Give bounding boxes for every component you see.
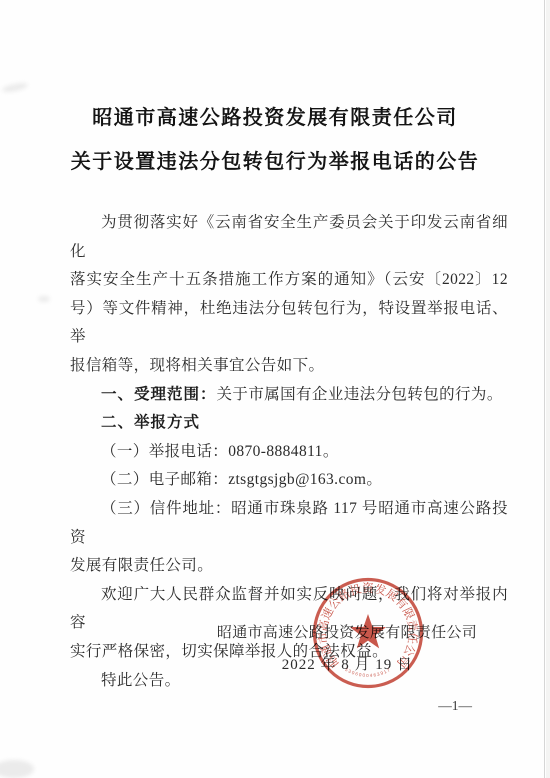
report-address-line-1: （三）信件地址：昭通市珠泉路 117 号昭通市高速公路投资: [70, 495, 508, 552]
intro-line-3: 号）等文件精神，杜绝违法分包转包行为，特设置举报电话、举: [70, 295, 508, 352]
scan-smudge: [38, 296, 50, 302]
section-1-text: 关于市属国有企业违法分包转包的行为。: [217, 386, 503, 403]
intro-line-4: 报信箱等，现将相关事宜公告如下。: [70, 352, 508, 381]
report-address-line-2: 发展有限责任公司。: [70, 552, 508, 581]
intro-line-1: 为贯彻落实好《云南省安全生产委员会关于印发云南省细化: [70, 209, 508, 266]
title-line-2: 关于设置违法分包转包行为举报电话的公告: [0, 140, 550, 184]
title-line-1: 昭通市高速公路投资发展有限责任公司: [0, 96, 550, 140]
section-2-heading: 二、举报方式: [70, 409, 508, 438]
scanned-document-page: 昭通市高速公路投资发展有限责任公司 关于设置违法分包转包行为举报电话的公告 为贯…: [0, 0, 550, 778]
report-phone-line: （一）举报电话：0870-8884811。: [70, 438, 508, 467]
scan-smudge: [0, 760, 34, 778]
signature-company: 昭通市高速公路投资发展有限责任公司: [217, 621, 477, 642]
section-1-line: 一、受理范围：关于市属国有企业违法分包转包的行为。: [70, 381, 508, 410]
document-title: 昭通市高速公路投资发展有限责任公司 关于设置违法分包转包行为举报电话的公告: [0, 96, 550, 184]
section-1-heading: 一、受理范围：: [101, 386, 217, 403]
page-number: —1—: [438, 698, 472, 714]
scan-smudge: [2, 81, 29, 93]
intro-line-2: 落实安全生产十五条措施工作方案的通知》（云安〔2022〕12: [70, 266, 508, 295]
signature-date: 2022 年 8 月 19 日: [282, 653, 413, 674]
report-email-line: （二）电子邮箱：ztsgtgsjgb@163.com。: [70, 466, 508, 495]
